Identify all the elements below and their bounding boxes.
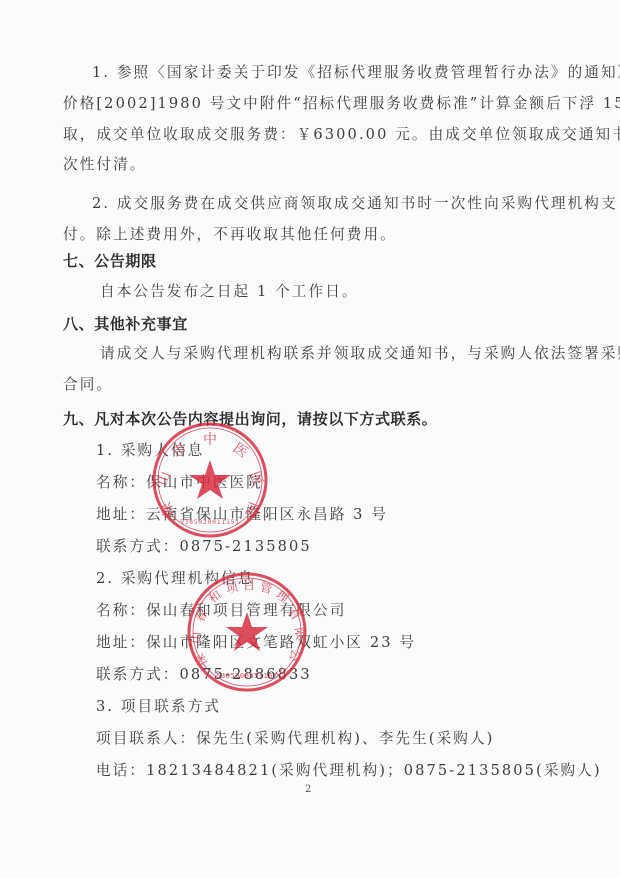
project-phone-row: 电话：18213484821(采购代理机构)；0875-2135805(采购人) — [96, 762, 602, 780]
project-contacts-row: 项目联系人：保先生(采购代理机构)、李先生(采购人) — [96, 730, 494, 748]
project-contact-title: 3. 项目联系方式 — [96, 698, 221, 716]
purchaser-name: 保山市中医医院 — [146, 474, 263, 491]
fee-item-2-line-1: 2. 成交服务费在成交供应商领取成交通知书时一次性向采购代理机构支 — [92, 195, 618, 213]
purchaser-contact-row: 联系方式：0875-2135805 — [96, 538, 312, 556]
svg-text:中: 中 — [203, 431, 217, 448]
section-8-heading: 八、其他补充事宜 — [63, 315, 188, 333]
section-7-body: 自本公告发布之日起 1 个工作日。 — [100, 283, 359, 301]
purchaser-name-label: 名称： — [96, 474, 146, 491]
project-contacts: 保先生(采购代理机构)、李先生(采购人) — [196, 730, 494, 747]
document-page: 1. 参照〈国家计委关于印发《招标代理服务收费管理暂行办法》的通知〉计 价格[2… — [0, 0, 620, 878]
agency-name: 保山春和项目管理有限公司 — [146, 602, 346, 619]
page-number: 2 — [305, 784, 311, 795]
purchaser-info-title: 1. 采购人信息 — [96, 442, 204, 460]
svg-text:医: 医 — [230, 440, 251, 461]
purchaser-contact: 0875-2135805 — [179, 538, 311, 555]
fee-item-1-line-4: 次性付清。 — [63, 156, 146, 174]
purchaser-name-row: 名称：保山市中医医院 — [96, 474, 263, 492]
section-8-body-line-1: 请成交人与采购代理机构联系并领取成交通知书，与采购人依法签署采购 — [100, 345, 620, 363]
agency-address: 保山市隆阳区文笔路双虹小区 23 号 — [146, 634, 416, 651]
section-8-body-line-2: 合同。 — [63, 376, 113, 394]
project-phone: 18213484821(采购代理机构)；0875-2135805(采购人) — [146, 762, 602, 779]
agency-name-row: 名称：保山春和项目管理有限公司 — [96, 602, 346, 620]
agency-contact-row: 联系方式：0875-2886833 — [96, 666, 312, 684]
agency-contact-label: 联系方式： — [96, 666, 179, 683]
project-phone-label: 电话： — [96, 762, 146, 779]
fee-item-1-line-1: 1. 参照〈国家计委关于印发《招标代理服务收费管理暂行办法》的通知〉计 — [92, 64, 620, 82]
svg-text:管: 管 — [258, 580, 273, 597]
agency-address-row: 地址：保山市隆阳区文笔路双虹小区 23 号 — [96, 634, 416, 652]
project-contacts-label: 项目联系人： — [96, 730, 196, 747]
fee-item-2-line-2: 付。除上述费用外，不再收取其他任何费用。 — [63, 226, 397, 244]
agency-info-title: 2. 采购代理机构信息 — [96, 570, 254, 588]
agency-address-label: 地址： — [96, 634, 146, 651]
purchaser-address-label: 地址： — [96, 506, 146, 523]
agency-name-label: 名称： — [96, 602, 146, 619]
section-9-heading: 九、凡对本次公告内容提出询问，请按以下方式联系。 — [63, 410, 437, 428]
section-7-heading: 七、公告期限 — [63, 252, 157, 270]
purchaser-address-row: 地址：云南省保山市隆阳区永昌路 3 号 — [96, 506, 388, 524]
purchaser-contact-label: 联系方式： — [96, 538, 179, 555]
fee-item-1-line-3: 取，成交单位收取成交服务费：￥6300.00 元。由成交单位领取成交通知书时一 — [63, 126, 620, 144]
fee-item-1-line-2: 价格[2002]1980 号文中附件“招标代理服务收费标准”计算金额后下浮 15… — [63, 95, 620, 113]
purchaser-address: 云南省保山市隆阳区永昌路 3 号 — [146, 506, 388, 523]
agency-contact: 0875-2886833 — [179, 666, 311, 683]
